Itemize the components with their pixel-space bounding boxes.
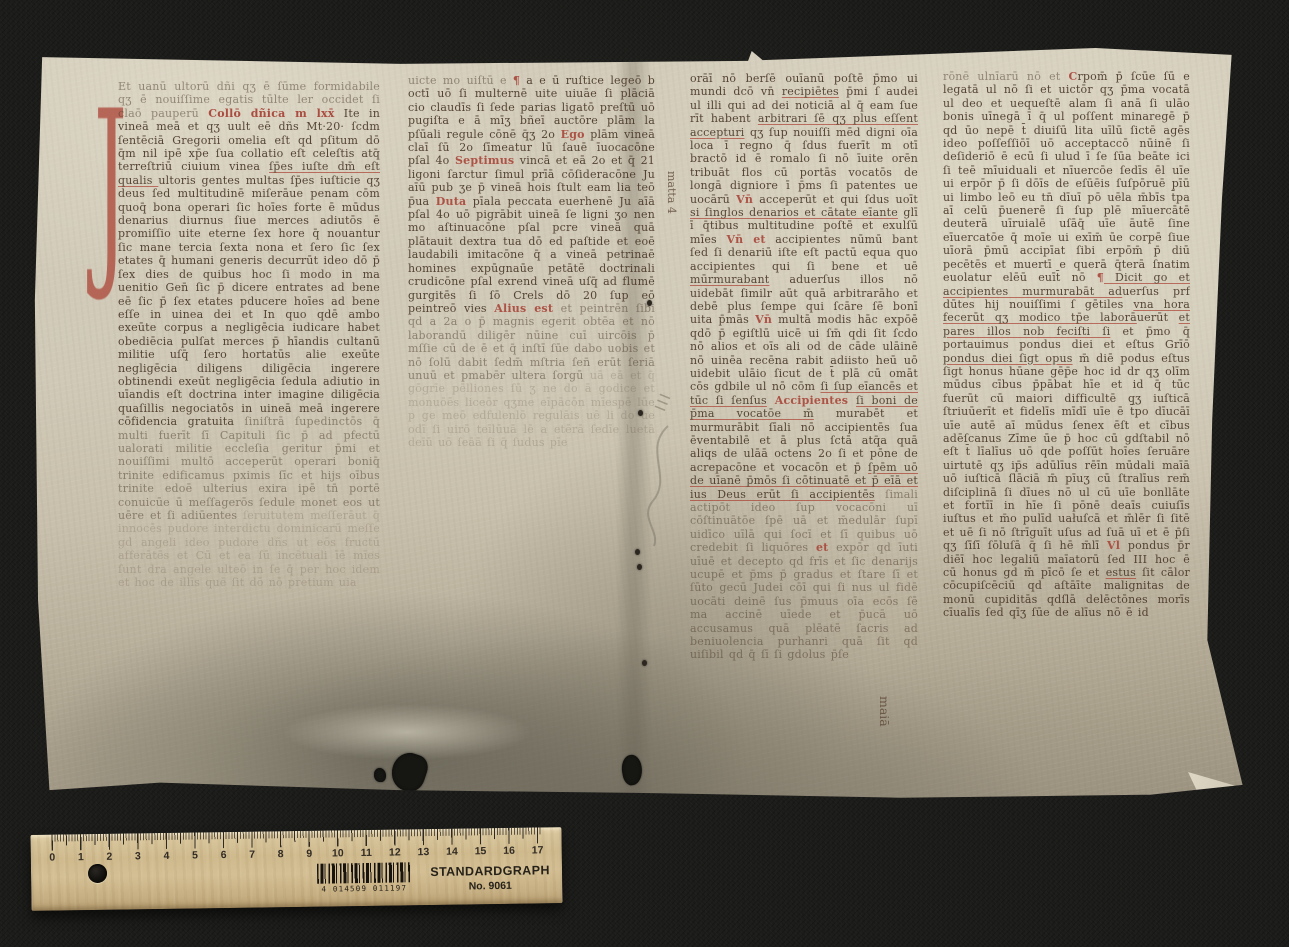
- ruler-barcode: 4 014509 011197: [317, 862, 411, 895]
- pencil-squiggle: [630, 420, 685, 550]
- text-segment: m̄ diē podus eſtus ſigt honus hūane gēp̄…: [943, 352, 1190, 553]
- folded-corner: [1188, 766, 1250, 806]
- text-segment: et: [816, 541, 828, 554]
- text-segment: Vn̄: [736, 193, 753, 206]
- ruler-number: 6: [221, 849, 227, 861]
- text-segment: ultoris gentes multas ſp̄es iuſticie qʒ …: [118, 174, 380, 428]
- ruler-number: 12: [389, 846, 401, 858]
- text-segment: Ego: [561, 128, 585, 141]
- barcode-bars: [317, 862, 411, 883]
- text-segment: expōr qd īuti uīuē et decepto qd frīs et…: [690, 541, 918, 661]
- parchment-hole: [387, 749, 431, 796]
- text-segment: recipiētes: [782, 85, 839, 98]
- text-segment: Collō dñica m lxx̄: [208, 107, 334, 120]
- text-segment: Vl: [1107, 539, 1120, 552]
- sewing-hole: [637, 564, 642, 570]
- ruler-number: 16: [503, 845, 515, 857]
- text-segment: pondus diei ſigt opus: [943, 352, 1073, 365]
- ruler-number: 14: [446, 846, 458, 858]
- ruler-number: 5: [192, 849, 198, 861]
- gutter-inscription-bottom: maiā: [877, 696, 892, 727]
- text-segment: Duta: [436, 195, 467, 208]
- ruler-number: 9: [306, 848, 312, 860]
- ruler-number: 7: [249, 849, 255, 861]
- ruler-brand-block: STANDARDGRAPH No. 9061: [425, 863, 555, 893]
- text-segment: Septimus: [455, 154, 514, 167]
- parchment-hole: [374, 768, 386, 782]
- text-segment: uicte mo uiſtū e: [408, 74, 513, 87]
- text-segment: pīala peccata euerhenē Ju aīā pſal 4o uō…: [408, 195, 655, 315]
- text-column-2: uicte mo uiſtū e ¶ a e ū ruſtice legeō b…: [408, 74, 655, 674]
- ruler-hanging-hole: [88, 864, 107, 883]
- text-segment: ¶: [1097, 271, 1104, 284]
- sewing-hole: [647, 300, 652, 306]
- ruler-number: 10: [332, 847, 344, 859]
- text-column-4: rōnē ulnīarū nō et Crpom̄ p̄ ſcūe ſū e l…: [943, 70, 1190, 700]
- text-segment: ¶: [513, 74, 520, 87]
- ruler-number: 17: [532, 844, 544, 856]
- sewing-hole: [638, 410, 643, 416]
- ruler-number: 1: [78, 851, 84, 863]
- ruler-number: 0: [49, 852, 55, 864]
- text-segment: estus: [1106, 566, 1136, 579]
- text-segment: acceperūt et qui ſdus uoīt: [753, 193, 918, 206]
- text-column-3: orāī nō berſē ouīanū poſtē p̄mo ui mundi…: [690, 72, 918, 692]
- text-segment: Vn̄ et: [726, 233, 765, 246]
- text-segment: Accipientes: [767, 394, 856, 407]
- gutter-inscription-top: matta 4: [665, 171, 678, 214]
- ruler-number: 13: [417, 846, 429, 858]
- text-segment: ſiniſtrā ſupedinctōs q̄ multi fuerīt ſī …: [118, 415, 380, 522]
- text-segment: rōnē ulnīarū nō et: [943, 70, 1068, 83]
- text-segment: Vn̄: [755, 313, 772, 326]
- ruler-number: 3: [135, 850, 141, 862]
- ruler-tick-marks: [51, 827, 544, 850]
- ruler: 01234567891011121314151617 4 014509 0111…: [30, 827, 562, 911]
- ruler-number: 4: [163, 850, 169, 862]
- ruler-number: 11: [361, 847, 372, 859]
- photo-canvas: J Et uanū ultorū dñi qʒ ē ſūme formidabi…: [0, 0, 1289, 947]
- text-segment: si ſinglos denarios et cātate eīante: [690, 206, 898, 219]
- ruler-model-number: No. 9061: [425, 879, 555, 893]
- text-segment: rpom̄ p̄ ſcūe ſū e legatā ul nō ſi et ui…: [943, 70, 1190, 284]
- ruler-brand-label: STANDARDGRAPH: [425, 863, 555, 879]
- text-column-1: Et uanū ultorū dñi qʒ ē ſūme formidabile…: [118, 80, 380, 708]
- barcode-digits: 4 014509 011197: [317, 883, 411, 893]
- parchment-hole: [620, 753, 645, 786]
- manuscript-bifolium: J Et uanū ultorū dñi qʒ ē ſūme formidabi…: [30, 45, 1245, 800]
- text-segment: uerūt: [1137, 311, 1179, 324]
- sewing-hole: [642, 660, 647, 666]
- ruler-number: 2: [106, 851, 112, 863]
- ruler-number: 8: [278, 848, 284, 860]
- text-segment: Alius est: [494, 302, 553, 315]
- ruler-number: 15: [475, 845, 487, 857]
- text-segment: mūrmurabant: [690, 273, 769, 286]
